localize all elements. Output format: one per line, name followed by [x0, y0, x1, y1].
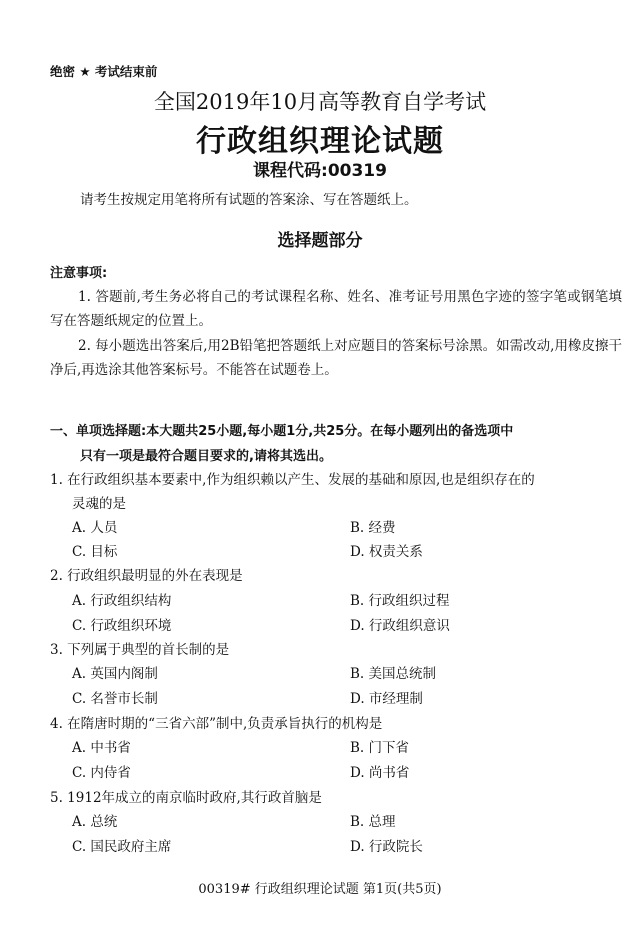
- part-heading-continued: 只有一项是最符合题目要求的,请将其选出。: [80, 445, 332, 464]
- question-5-option-b: B. 总理: [350, 810, 396, 830]
- question-1-text-continued: 灵魂的是: [72, 492, 126, 512]
- question-5-option-d: D. 行政院长: [350, 835, 423, 855]
- question-2-option-a: A. 行政组织结构: [72, 589, 171, 609]
- question-4-option-c: C. 内侍省: [72, 761, 131, 781]
- question-5-option-c: C. 国民政府主席: [72, 835, 171, 855]
- note-item: 2. 每小题选出答案后,用2B铅笔把答题纸上对应题目的答案标号涂黑。如需改动,用…: [50, 334, 622, 382]
- confidential-label: 绝密 ★ 考试结束前: [50, 62, 157, 80]
- section-heading: 选择题部分: [0, 226, 640, 251]
- question-1-option-d: D. 权责关系: [350, 540, 423, 560]
- question-3-text: 3. 下列属于典型的首长制的是: [50, 638, 229, 658]
- notes-label: 注意事项:: [50, 262, 107, 281]
- question-4-option-a: A. 中书省: [72, 736, 131, 756]
- question-2-option-c: C. 行政组织环境: [72, 614, 171, 634]
- page-footer: 00319# 行政组织理论试题 第1页(共5页): [0, 878, 640, 897]
- paper-title: 行政组织理论试题: [0, 116, 640, 160]
- question-3-option-b: B. 美国总统制: [350, 662, 436, 682]
- note-item: 1. 答题前,考生务必将自己的考试课程名称、姓名、准考证号用黑色字迹的签字笔或钢…: [50, 285, 622, 333]
- question-4-text: 4. 在隋唐时期的“三省六部”制中,负责承旨执行的机构是: [50, 712, 382, 732]
- part-heading: 一、单项选择题:本大题共25小题,每小题1分,共25分。在每小题列出的备选项中: [50, 420, 513, 439]
- question-1-option-c: C. 目标: [72, 540, 117, 560]
- question-1-option-a: A. 人员: [72, 516, 117, 536]
- question-3-option-a: A. 英国内阁制: [72, 662, 158, 682]
- course-code: 课程代码:00319: [0, 156, 640, 181]
- question-2-option-b: B. 行政组织过程: [350, 589, 450, 609]
- question-2-option-d: D. 行政组织意识: [350, 614, 450, 634]
- question-4-option-d: D. 尚书省: [350, 761, 409, 781]
- question-1-text: 1. 在行政组织基本要素中,作为组织赖以产生、发展的基础和原因,也是组织存在的: [50, 468, 535, 488]
- question-5-option-a: A. 总统: [72, 810, 117, 830]
- question-3-option-c: C. 名誉市长制: [72, 687, 158, 707]
- question-3-option-d: D. 市经理制: [350, 687, 423, 707]
- exam-title: 全国2019年10月高等教育自学考试: [0, 86, 640, 116]
- question-4-option-b: B. 门下省: [350, 736, 409, 756]
- question-1-option-b: B. 经费: [350, 516, 396, 536]
- question-2-text: 2. 行政组织最明显的外在表现是: [50, 564, 243, 584]
- question-5-text: 5. 1912年成立的南京临时政府,其行政首脑是: [50, 786, 322, 806]
- answer-instruction: 请考生按规定用笔将所有试题的答案涂、写在答题纸上。: [80, 188, 418, 208]
